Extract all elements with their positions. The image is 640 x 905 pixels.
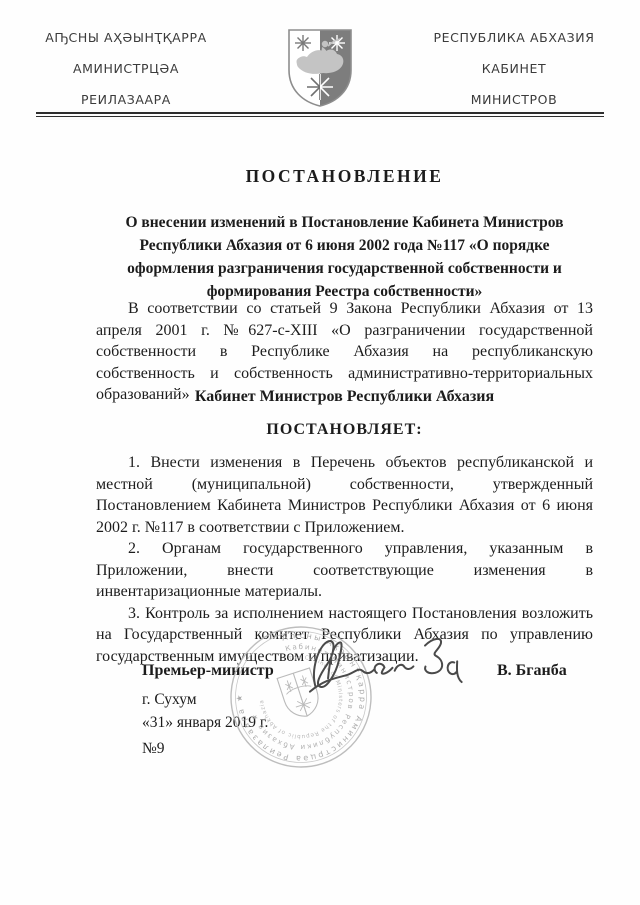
signing-place: г. Сухум [142,691,197,709]
header-abkhaz-line: АҦСНЫ АҲӘЫНҬҚАРРА [16,22,236,53]
signatory-name: В. Бганба [497,662,567,680]
item-text: Органам государственного управления, ука… [96,540,593,600]
header-russian-line: РЕСПУБЛИКА АБХАЗИЯ [404,22,624,53]
decree-document-page: АҦСНЫ АҲӘЫНҬҚАРРА АМИНИСТРЦӘА РЕИЛАЗААРА [0,0,640,905]
decree-item-1: 1. Внести изменения в Перечень объектов … [96,452,593,538]
subtitle-line: Республики Абхазия от 6 июня 2002 года №… [96,234,593,257]
subtitle-line: оформления разграничения государственной… [96,257,593,280]
item-number: 3. [128,605,140,622]
document-title: ПОСТАНОВЛЕНИЕ [96,166,593,187]
header-russian-title: РЕСПУБЛИКА АБХАЗИЯ КАБИНЕТ МИНИСТРОВ [404,22,624,115]
handwritten-signature [304,626,476,696]
item-text: Внести изменения в Перечень объектов рес… [96,454,593,536]
header-abkhaz-line: РЕИЛАЗААРА [16,84,236,115]
document-subtitle: О внесении изменений в Постановление Каб… [96,211,593,303]
decree-number: №9 [142,740,165,758]
coat-of-arms-icon [284,26,356,110]
header-russian-line: МИНИСТРОВ [404,84,624,115]
subtitle-line: О внесении изменений в Постановление Каб… [96,211,593,234]
decree-item-2: 2. Органам государственного управления, … [96,538,593,603]
header-double-rule [36,112,604,120]
header-abkhaz-title: АҦСНЫ АҲӘЫНҬҚАРРА АМИНИСТРЦӘА РЕИЛАЗААРА [16,22,236,115]
header-russian-line: КАБИНЕТ [404,53,624,84]
item-number: 2. [128,540,140,557]
issuer-line: Кабинет Министров Республики Абхазия [96,388,593,406]
resolve-word: ПОСТАНОВЛЯЕТ: [96,421,593,439]
item-number: 1. [128,454,140,471]
header-abkhaz-line: АМИНИСТРЦӘА [16,53,236,84]
